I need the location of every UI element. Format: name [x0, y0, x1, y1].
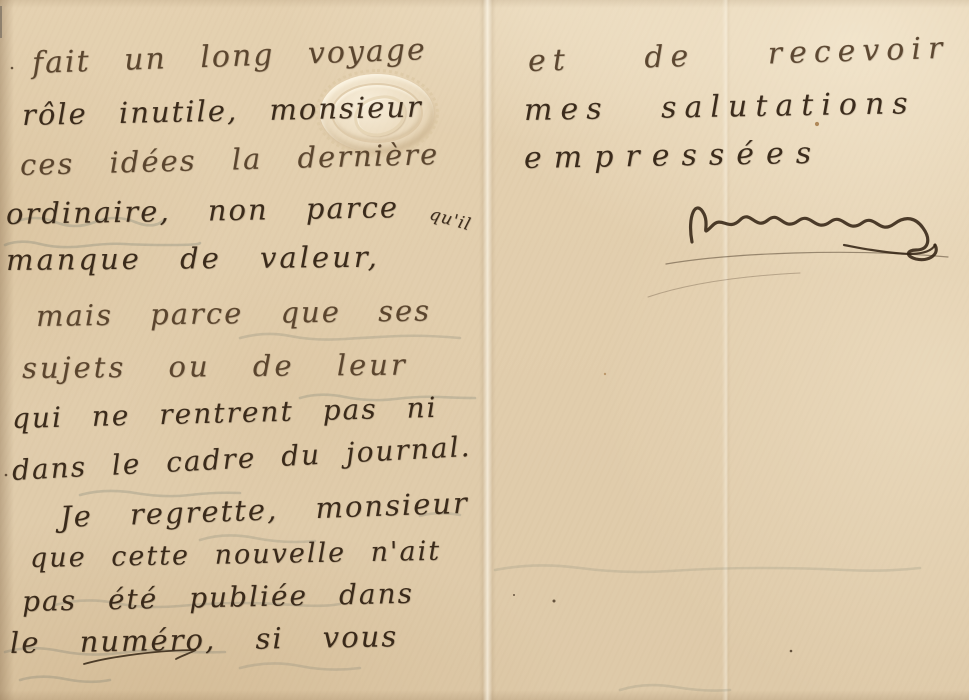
center-fold-crease [479, 0, 496, 700]
handwriting-line: sujets ou de leur [22, 348, 408, 385]
scan-edge-mark [0, 6, 2, 38]
handwriting-line: manque de valeur, [6, 240, 380, 277]
signature-flourish [648, 208, 948, 297]
handwriting-line: qui ne rentrent pas ni [12, 391, 438, 435]
paper-edge-shadow [0, 0, 14, 700]
handwriting-line: dans le cadre du journal. [11, 430, 472, 487]
handwriting-line: ces idées la dernière [20, 137, 440, 182]
handwriting-line: mes salutations [524, 86, 916, 128]
interline-insertion: qu'il [427, 204, 473, 235]
handwriting-line: que cette nouvelle n'ait [30, 536, 442, 574]
handwriting-line: ordinaire, non parce [6, 190, 400, 231]
letter-photo: fait un long voyage rôle inutile, monsie… [0, 0, 969, 700]
handwriting-line: empressées [524, 136, 824, 176]
handwriting-line: mais parce que ses [36, 293, 431, 333]
handwriting-line: Je regrette, monsieur [59, 486, 469, 534]
handwriting-line: pas été publiée dans [22, 577, 415, 618]
handwriting-line: et de recevoir [527, 31, 949, 79]
handwriting-line: le numéro, si vous [10, 619, 399, 660]
